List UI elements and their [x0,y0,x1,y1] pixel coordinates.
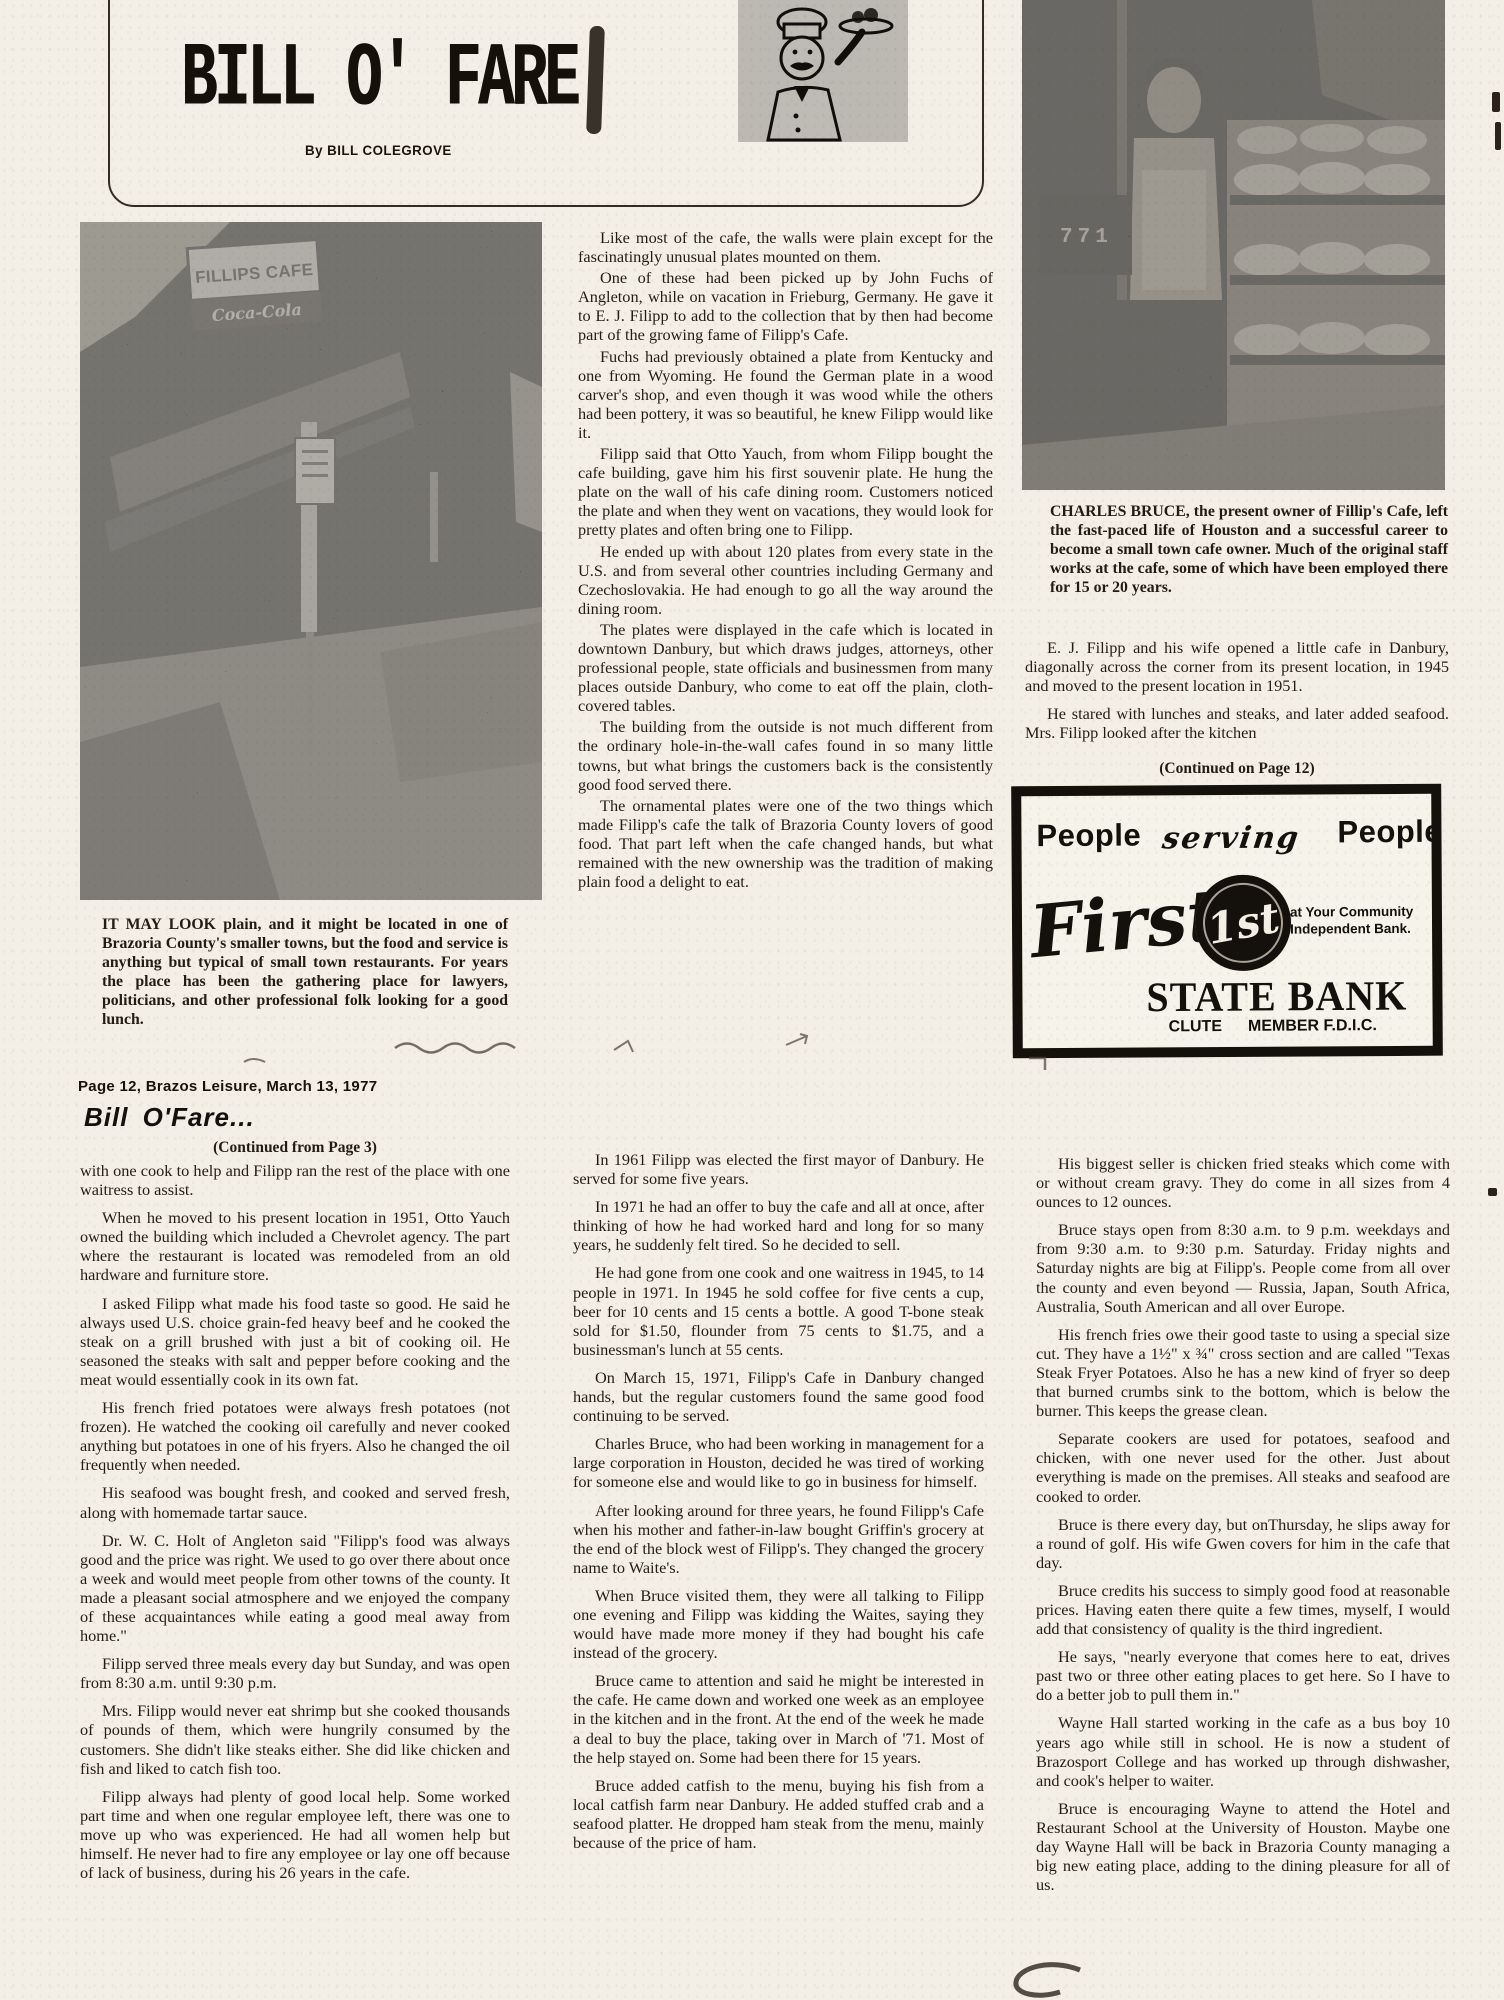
article-paragraph: When he moved to his present location in… [80,1208,510,1284]
page12-middle-column: In 1961 Filipp was elected the first may… [573,1150,984,1861]
article-paragraph: He stared with lunches and steaks, and l… [1025,704,1449,742]
article-paragraph: In 1971 he had an offer to buy the cafe … [573,1197,984,1254]
article-paragraph: In 1961 Filipp was elected the first may… [573,1150,984,1188]
article-paragraph: On March 15, 1971, Filipp's Cafe in Danb… [573,1368,984,1425]
article-paragraph: Bruce added catfish to the menu, buying … [573,1776,984,1852]
ad-serving-word: serving [1160,821,1302,857]
chef-drawing-icon [738,0,908,142]
article-paragraph: Bruce stays open from 8:30 a.m. to 9 p.m… [1036,1220,1450,1315]
squiggle-mark [613,1038,637,1056]
ad-people-left: People [1036,818,1141,855]
article-paragraph: Wayne Hall started working in the cafe a… [1036,1713,1450,1789]
article-paragraph: His seafood was bought fresh, and cooked… [80,1483,510,1521]
article-paragraph: The ornamental plates were one of the tw… [578,796,993,891]
ad-member-fdic: MEMBER F.D.I.C. [1248,1017,1377,1036]
masthead-byline: By BILL COLEGROVE [305,142,452,158]
squiggle-mark [393,1038,523,1058]
article-paragraph: with one cook to help and Filipp ran the… [80,1161,510,1199]
article-paragraph: Mrs. Filipp would never eat shrimp but s… [80,1701,510,1777]
first-state-bank-logo: 1st [1195,875,1292,972]
page12-header: Page 12, Brazos Leisure, March 13, 1977 [78,1078,377,1095]
pen-swirl-mark [1008,1962,1090,2000]
continued-on-note: (Continued on Page 12) [1025,760,1449,778]
article-paragraph: I asked Filipp what made his food taste … [80,1294,510,1389]
ad-first-wordmark: First [1027,879,1223,968]
article-paragraph: His french fried potatoes were always fr… [80,1398,510,1474]
scan-speck [1495,122,1501,150]
charles-bruce-photo: 771 [1022,0,1445,490]
article-paragraph: The building from the outside is not muc… [578,717,993,793]
page12-right-column: His biggest seller is chicken fried stea… [1036,1154,1450,1903]
article-paragraph: He says, "nearly everyone that comes her… [1036,1647,1450,1704]
page12-left-column: with one cook to help and Filipp ran the… [80,1161,510,1891]
article-paragraph: E. J. Filipp and his wife opened a littl… [1025,638,1449,695]
ad-people-right: People [1337,814,1442,851]
article-paragraph: When Bruce visited them, they were all t… [573,1586,984,1662]
scan-speck [1488,1188,1497,1196]
article-paragraph: Bruce is encouraging Wayne to attend the… [1036,1799,1450,1894]
ad-tagline: at Your Community Independent Bank. [1290,904,1413,938]
article-paragraph: Fuchs had previously obtained a plate fr… [578,347,993,442]
page12-section-title: Bill O'Fare... [84,1102,255,1133]
continued-from-note: (Continued from Page 3) [80,1139,510,1157]
article-paragraph: He had gone from one cook and one waitre… [573,1263,984,1358]
ad-1st-badge: 1st [1203,892,1283,953]
ad-city: CLUTE [1169,1018,1222,1036]
article-paragraph: Bruce credits his success to simply good… [1036,1581,1450,1638]
chef-illustration [738,0,908,142]
article-paragraph: After looking around for three years, he… [573,1501,984,1577]
squiggle-mark [785,1032,811,1048]
article-paragraph: The plates were displayed in the cafe wh… [578,620,993,715]
ad-footer-line: CLUTE MEMBER F.D.I.C. [1169,1017,1377,1036]
article-paragraph: One of these had been picked up by John … [578,268,993,344]
article-paragraph: Bruce came to attention and said he migh… [573,1671,984,1766]
left-photo-caption: IT MAY LOOK plain, and it might be locat… [102,915,508,1029]
article-paragraph: His french fries owe their good taste to… [1036,1325,1450,1420]
ad-tagline-line1: at Your Community [1290,904,1413,921]
article-paragraph: Filipp served three meals every day but … [80,1654,510,1692]
newspaper-page: { "masthead": { "title": "BILL O' FARE",… [0,0,1504,2000]
article-paragraph: Charles Bruce, who had been working in m… [573,1434,984,1491]
article-paragraph: His biggest seller is chicken fried stea… [1036,1154,1450,1211]
right-photo-caption: CHARLES BRUCE, the present owner of Fill… [1050,502,1448,597]
masthead-title: BILL O' FARE [181,30,577,132]
page3-right-column: E. J. Filipp and his wife opened a littl… [1025,638,1449,751]
first-state-bank-ad: People serving People First 1st at Your … [1011,784,1443,1059]
article-paragraph: Dr. W. C. Holt of Angleton said "Filipp'… [80,1531,510,1646]
scan-speck [1492,92,1500,112]
squiggle-mark [243,1055,267,1067]
squiggle-mark [1028,1055,1050,1073]
article-paragraph: Filipp always had plenty of good local h… [80,1787,510,1882]
ad-tagline-line2: Independent Bank. [1290,920,1413,937]
page3-middle-column: Like most of the cafe, the walls were pl… [578,228,993,893]
cafe-storefront-photo: FILLIPS CAFE Coca-Cola [80,222,542,900]
article-paragraph: He ended up with about 120 plates from e… [578,542,993,618]
article-paragraph: Separate cookers are used for potatoes, … [1036,1429,1450,1505]
article-paragraph: Bruce is there every day, but onThursday… [1036,1515,1450,1572]
article-paragraph: Like most of the cafe, the walls were pl… [578,228,993,266]
ad-bank-name: STATE BANK [1146,971,1407,1022]
article-paragraph: Filipp said that Otto Yauch, from whom F… [578,444,993,539]
